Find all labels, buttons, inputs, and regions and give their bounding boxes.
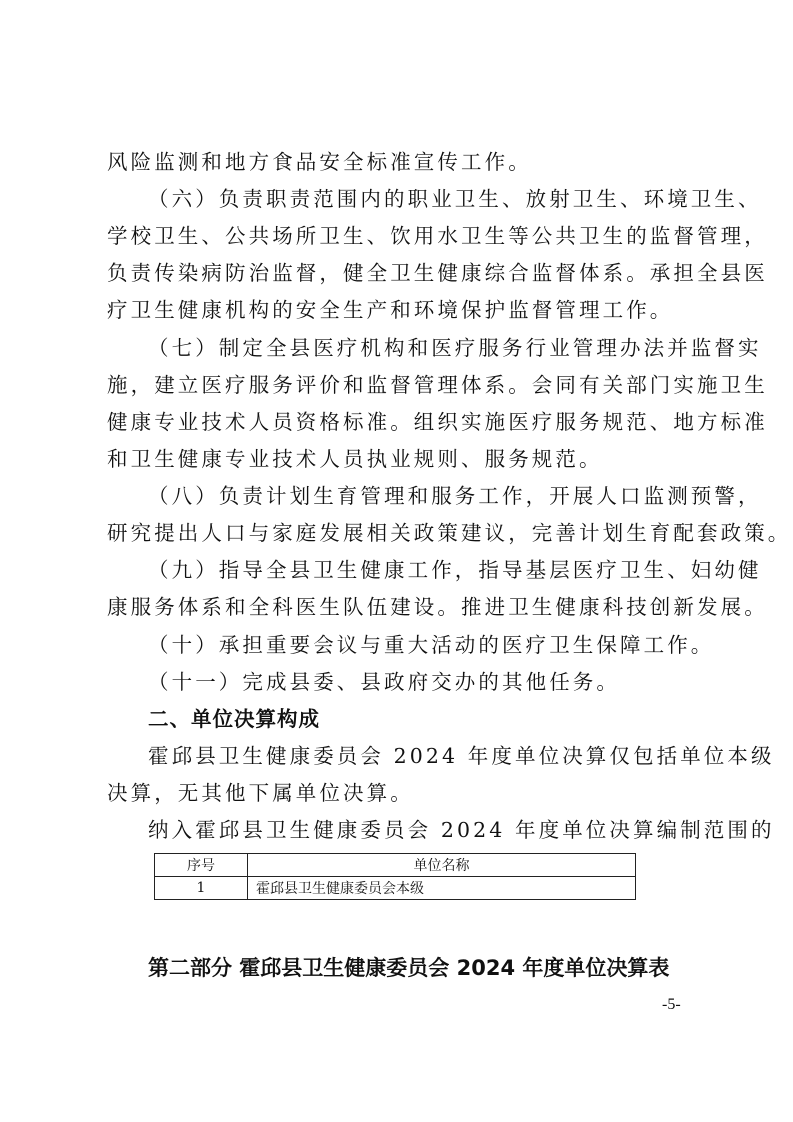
paragraph-line: （十一）完成县委、县政府交办的其他任务。 — [148, 670, 693, 694]
paragraph-line: 疗卫生健康机构的安全生产和环境保护监督管理工作。 — [107, 298, 693, 322]
cell-index: 1 — [155, 877, 248, 900]
paragraph-line: （六）负责职责范围内的职业卫生、放射卫生、环境卫生、 — [148, 187, 693, 211]
paragraph-line: 健康专业技术人员资格标准。组织实施医疗服务规范、地方标准 — [107, 410, 693, 434]
page-number: -5- — [662, 996, 681, 1014]
paragraph-line: 学校卫生、公共场所卫生、饮用水卫生等公共卫生的监督管理， — [107, 224, 693, 248]
col-header-unit-name: 单位名称 — [248, 854, 636, 877]
paragraph-line: 风险监测和地方食品安全标准宣传工作。 — [107, 150, 693, 174]
table-row: 1 霍邱县卫生健康委员会本级 — [155, 877, 636, 900]
col-header-index: 序号 — [155, 854, 248, 877]
paragraph-line: 施，建立医疗服务评价和监督管理体系。会同有关部门实施卫生 — [107, 373, 693, 397]
section-heading: 二、单位决算构成 — [148, 707, 693, 731]
table-header-row: 序号 单位名称 — [155, 854, 636, 877]
paragraph-line: 和卫生健康专业技术人员执业规则、服务规范。 — [107, 447, 693, 471]
paragraph-line: （九）指导全县卫生健康工作，指导基层医疗卫生、妇幼健 — [148, 558, 693, 582]
paragraph-line: （八）负责计划生育管理和服务工作，开展人口监测预警， — [148, 484, 693, 508]
paragraph-line: 负责传染病防治监督，健全卫生健康综合监督体系。承担全县医 — [107, 261, 693, 285]
paragraph-line: （十）承担重要会议与重大活动的医疗卫生保障工作。 — [148, 633, 693, 657]
units-table: 序号 单位名称 1 霍邱县卫生健康委员会本级 — [154, 853, 636, 900]
paragraph-line: 研究提出人口与家庭发展相关政策建议，完善计划生育配套政策。 — [107, 521, 693, 545]
cell-unit-name: 霍邱县卫生健康委员会本级 — [248, 877, 636, 900]
paragraph-line: 霍邱县卫生健康委员会 2024 年度单位决算仅包括单位本级 — [148, 744, 693, 768]
paragraph-line: 纳入霍邱县卫生健康委员会 2024 年度单位决算编制范围的 — [148, 818, 693, 842]
document-page: 风险监测和地方食品安全标准宣传工作。 （六）负责职责范围内的职业卫生、放射卫生、… — [0, 0, 793, 1122]
part-title: 第二部分 霍邱县卫生健康委员会 2024 年度单位决算表 — [148, 955, 669, 981]
paragraph-line: 决算，无其他下属单位决算。 — [107, 781, 693, 805]
paragraph-line: （七）制定全县医疗机构和医疗服务行业管理办法并监督实 — [148, 336, 693, 360]
paragraph-line: 康服务体系和全科医生队伍建设。推进卫生健康科技创新发展。 — [107, 595, 693, 619]
